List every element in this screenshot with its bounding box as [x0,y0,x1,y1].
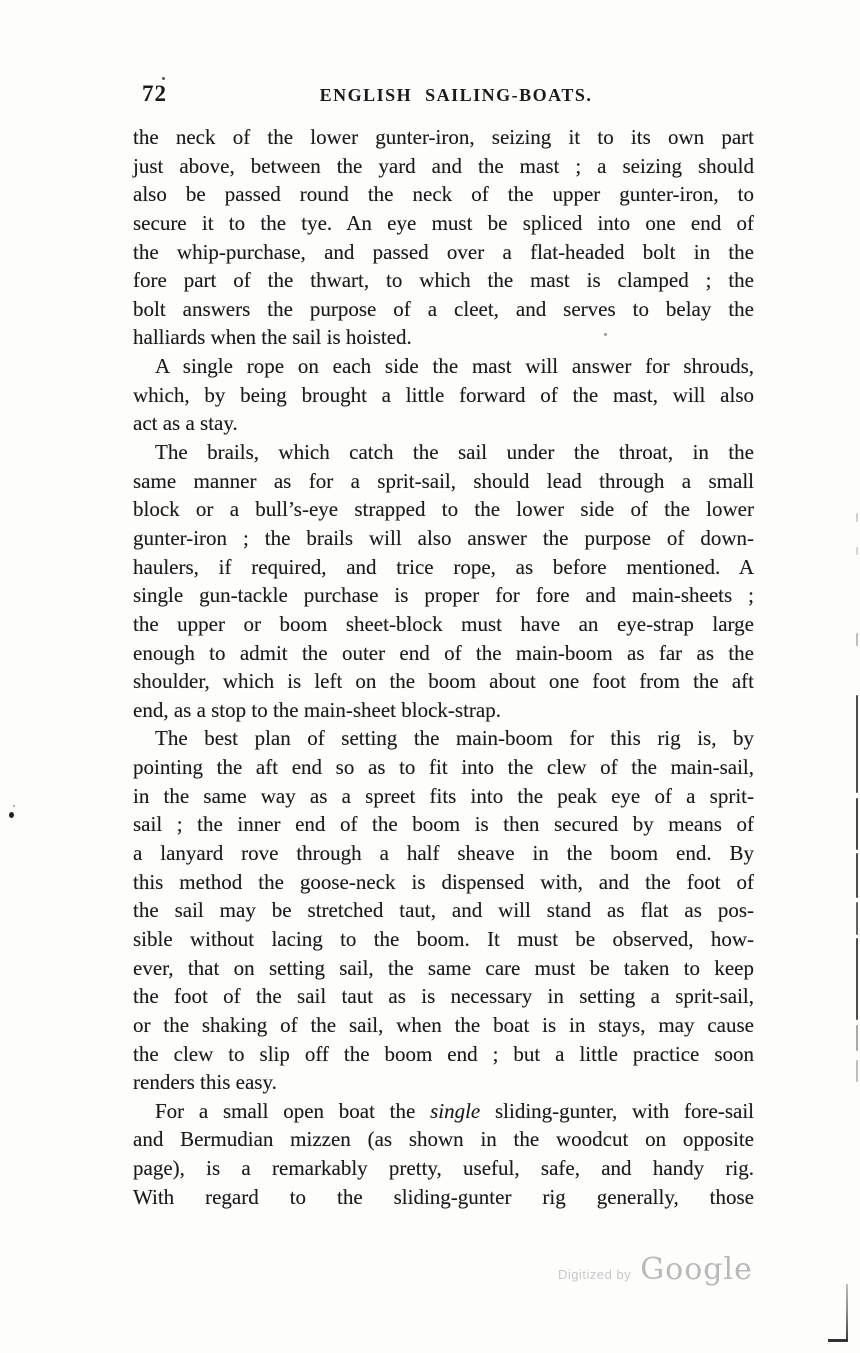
scan-corner-artifact [846,1284,848,1341]
text-line: single gun-tackle purchase is proper for… [133,581,754,610]
text-line: the sail may be stretched taut, and will… [133,896,754,925]
text-line: also be passed round the neck of the upp… [133,180,754,209]
book-page-scan: 72 ENGLISH SAILING-BOATS. the neck of th… [0,0,860,1353]
text-line: end, as a stop to the main-sheet block-s… [133,696,754,725]
text-line: ever, that on setting sail, the same car… [133,954,754,983]
text-line: pointing the aft end so as to fit into t… [133,753,754,782]
text-line: enough to admit the outer end of the mai… [133,639,754,668]
ink-speck [13,805,15,807]
running-header: ENGLISH SAILING-BOATS. [256,85,656,106]
text-line: A single rope on each side the mast will… [133,352,754,381]
text-line: page), is a remarkably pretty, useful, s… [133,1154,754,1183]
text-line: shoulder, which is left on the boom abou… [133,667,754,696]
text-line: just above, between the yard and the mas… [133,152,754,181]
text-line: same manner as for a sprit-sail, should … [133,467,754,496]
text-line: or the shaking of the sail, when the boa… [133,1011,754,1040]
watermark: Digitized by Google [558,1252,753,1287]
text-line: which, by being brought a little forward… [133,381,754,410]
text-line: renders this easy. [133,1068,754,1097]
text-line: bolt answers the purpose of a cleet, and… [133,295,754,324]
text-line: The best plan of setting the main-boom f… [133,724,754,753]
text-line: sail ; the inner end of the boom is then… [133,810,754,839]
text-line: the clew to slip off the boom end ; but … [133,1040,754,1069]
text-line: The brails, which catch the sail under t… [133,438,754,467]
italic-word: single [430,1099,480,1123]
text-line: fore part of the thwart, to which the ma… [133,266,754,295]
text-line: act as a stay. [133,409,754,438]
text-line: and Bermudian mizzen (as shown in the wo… [133,1125,754,1154]
ink-speck [162,77,165,80]
text-line: block or a bull’s-eye strapped to the lo… [133,495,754,524]
text-line: secure it to the tye. An eye must be spl… [133,209,754,238]
body-text: the neck of the lower gunter-iron, seizi… [133,123,754,1211]
scan-corner-artifact [828,1339,848,1342]
text-line: the foot of the sail taut as is necessar… [133,982,754,1011]
text-line: sible without lacing to the boom. It mus… [133,925,754,954]
ink-speck [604,333,607,336]
ink-speck [9,812,14,818]
text-line: in the same way as a spreet fits into th… [133,782,754,811]
text-line: the neck of the lower gunter-iron, seizi… [133,123,754,152]
text-line: haulers, if required, and trice rope, as… [133,553,754,582]
page-number: 72 [142,81,167,107]
text-line: this method the goose-neck is dispensed … [133,868,754,897]
text-segment: For a small open boat the [155,1099,430,1123]
text-line: a lanyard rove through a half sheave in … [133,839,754,868]
text-line: the whip-purchase, and passed over a fla… [133,238,754,267]
text-line: the upper or boom sheet-block must have … [133,610,754,639]
text-line-with-italic: For a small open boat the single sliding… [133,1097,754,1126]
text-line: gunter-iron ; the brails will also answe… [133,524,754,553]
google-logo: Google [640,1252,753,1287]
text-segment: sliding-gunter, with fore-sail [480,1099,754,1123]
digitized-by-label: Digitized by [558,1267,631,1282]
text-line: With regard to the sliding-gunter rig ge… [133,1183,754,1212]
text-line: halliards when the sail is hoisted. [133,323,754,352]
